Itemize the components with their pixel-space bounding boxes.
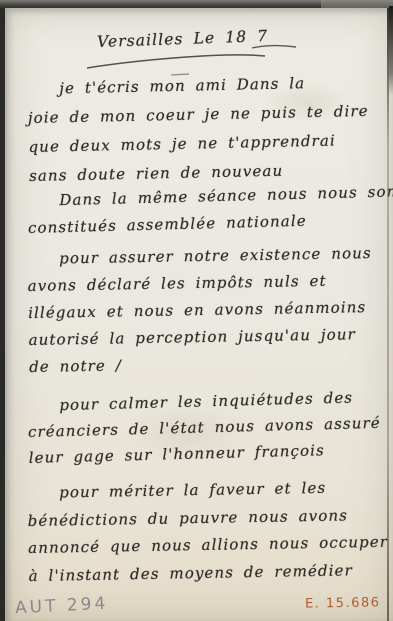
scan-backdrop-right-edge: [389, 6, 393, 96]
manuscript-photo: Versailles Le 18 7 je t'écris mon ami Da…: [0, 0, 393, 621]
manuscript-page: Versailles Le 18 7 je t'écris mon ami Da…: [5, 8, 393, 621]
paragraph-1: je t'écris mon ami Dans la joie de mon c…: [27, 68, 370, 191]
catalog-shelfmark: E. 15.686: [304, 595, 380, 611]
paragraph-3: pour assurer notre existence nous avons …: [27, 240, 374, 381]
paragraph-5: pour mériter la faveur et les bénédictio…: [27, 474, 389, 590]
catalog-number-pencil: AUT 294: [15, 594, 109, 619]
paragraph-2: Dans la même séance nous nous sommes con…: [27, 177, 393, 242]
paragraph-4: pour calmer les inquiétudes des créancie…: [27, 384, 382, 471]
manuscript-line: à l'instant des moyens de remédier: [28, 556, 388, 590]
page-edge-line: [387, 8, 389, 621]
manuscript-line: de notre /: [29, 348, 374, 381]
